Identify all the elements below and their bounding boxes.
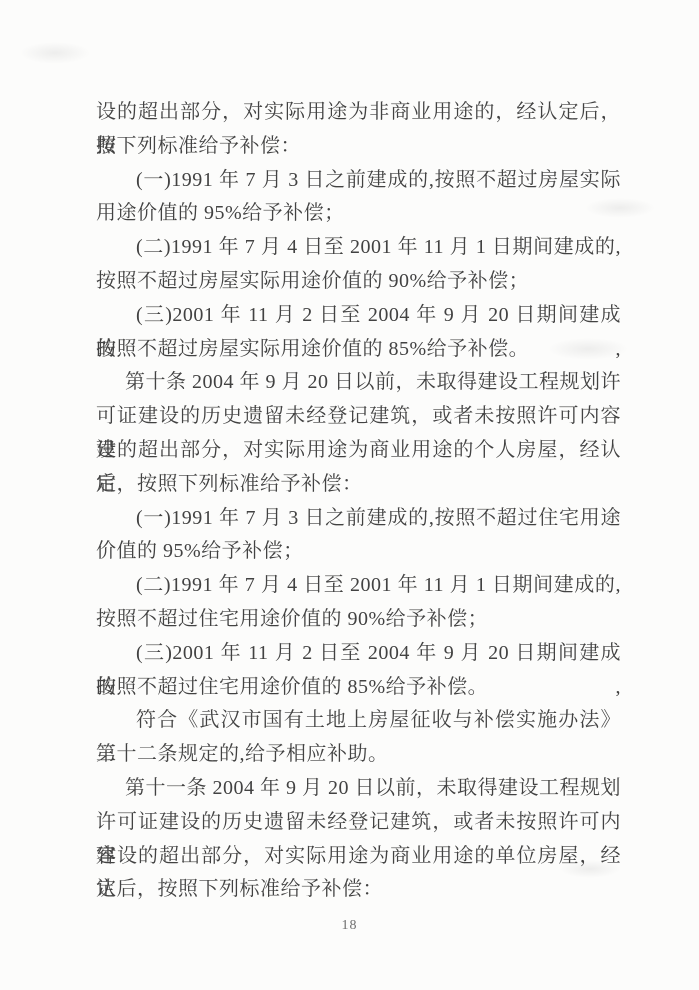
document-line: 三十二条规定的,给予相应补助。 xyxy=(96,738,621,772)
document-line: 后，按照下列标准给予补偿： xyxy=(96,468,621,502)
page-number: 18 xyxy=(0,918,699,934)
document-line: (一)1991 年 7 月 3 日之前建成的,按照不超过房屋实际 xyxy=(96,164,621,198)
document-line: 按照不超过房屋实际用途价值的 90%给予补偿； xyxy=(96,265,621,299)
scan-smudge xyxy=(20,42,90,64)
document-line: 定后，按照下列标准给予补偿： xyxy=(96,873,621,907)
document-line: 可证建设的历史遗留未经登记建筑，或者未按照许可内容建 xyxy=(96,400,621,434)
document-line: 按照不超过住宅用途价值的 90%给予补偿； xyxy=(96,603,621,637)
document-line: 照下列标准给予补偿： xyxy=(96,130,621,164)
document-line: 用途价值的 95%给予补偿； xyxy=(96,197,621,231)
scanned-document-page: 设的超出部分，对实际用途为非商业用途的，经认定后，按照下列标准给予补偿：(一)1… xyxy=(0,0,699,990)
document-line: 设的超出部分，对实际用途为非商业用途的，经认定后，按 xyxy=(96,96,621,130)
document-line: 许可证建设的历史遗留未经登记建筑，或者未按照许可内容 xyxy=(96,806,621,840)
document-line: 设的超出部分，对实际用途为商业用途的个人房屋，经认定 xyxy=(96,434,621,468)
document-line: 符合《武汉市国有土地上房屋征收与补偿实施办法》第 xyxy=(96,704,621,738)
document-line: (二)1991 年 7 月 4 日至 2001 年 11 月 1 日期间建成的, xyxy=(96,569,621,603)
document-line: 建设的超出部分，对实际用途为商业用途的单位房屋，经认 xyxy=(96,840,621,874)
document-line: 第十条 2004 年 9 月 20 日以前，未取得建设工程规划许 xyxy=(96,366,621,400)
document-line: (一)1991 年 7 月 3 日之前建成的,按照不超过住宅用途 xyxy=(96,502,621,536)
document-line: (二)1991 年 7 月 4 日至 2001 年 11 月 1 日期间建成的, xyxy=(96,231,621,265)
document-text-block: 设的超出部分，对实际用途为非商业用途的，经认定后，按照下列标准给予补偿：(一)1… xyxy=(96,96,621,907)
document-line: 价值的 95%给予补偿； xyxy=(96,535,621,569)
document-line: 第十一条 2004 年 9 月 20 日以前，未取得建设工程规划 xyxy=(96,772,621,806)
document-line: (三)2001 年 11 月 2 日至 2004 年 9 月 20 日期间建成的… xyxy=(96,299,621,333)
document-line: (三)2001 年 11 月 2 日至 2004 年 9 月 20 日期间建成的… xyxy=(96,637,621,671)
